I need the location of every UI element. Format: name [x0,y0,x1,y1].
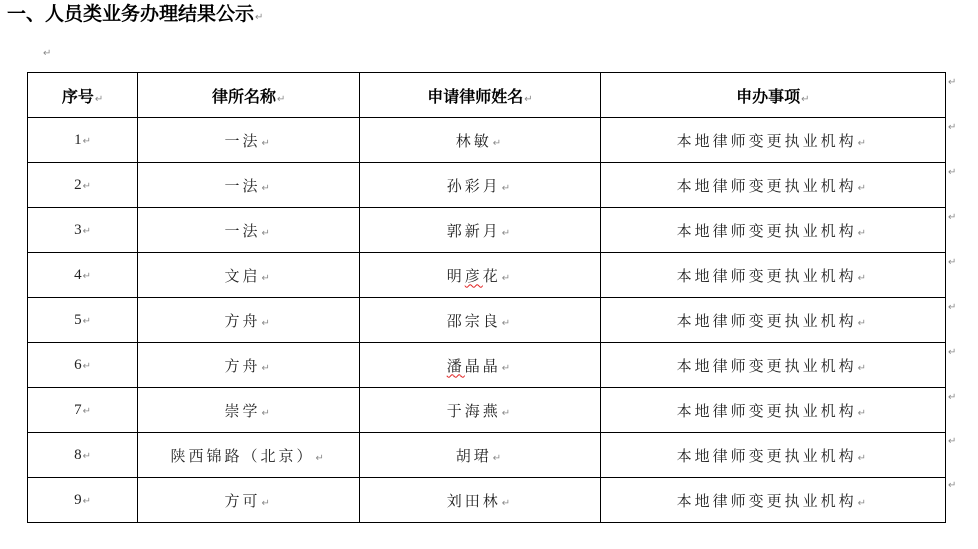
cell-mark-icon: ↵ [316,453,327,464]
cell-item[interactable]: 本地律师变更执业机构↵ [600,388,945,433]
cell-no-text: 1 [74,132,82,148]
cell-firm[interactable]: 一法↵ [138,208,360,253]
cell-lawyer[interactable]: 邵宗良↵ [360,298,600,343]
row-end-mark-icon: ↵ [948,303,956,313]
cell-lawyer-text: 邵宗良 [447,312,501,330]
cell-firm-text: 陕西锦路（北京） [171,447,315,465]
cell-no[interactable]: 7↵ [28,388,138,433]
cell-lawyer[interactable]: 郭新月↵ [360,208,600,253]
cell-mark-icon: ↵ [502,318,513,329]
cell-item[interactable]: 本地律师变更执业机构↵ [600,253,945,298]
cell-no-text: 6 [74,357,82,373]
cell-no[interactable]: 4↵ [28,253,138,298]
cell-firm-text: 崇学 [225,402,261,420]
cell-firm-text: 方舟 [225,357,261,375]
cell-mark-icon: ↵ [83,496,91,507]
cell-mark-icon: ↵ [502,498,513,509]
spellcheck-flagged-char[interactable]: 彦 [465,267,483,285]
cell-firm-text: 方舟 [225,312,261,330]
cell-no-text: 7 [74,402,82,418]
cell-no-text: 9 [74,492,82,508]
cell-firm[interactable]: 方可↵ [138,478,360,523]
cell-lawyer-text: 郭新月 [447,222,501,240]
header-firm-label: 律所名称 [212,87,276,106]
cell-item[interactable]: 本地律师变更执业机构↵ [600,118,945,163]
lawyer-name-part: 花 [483,267,501,285]
spellcheck-flagged-char[interactable]: 潘 [447,357,465,375]
cell-mark-icon: ↵ [858,183,869,194]
cell-no-text: 2 [74,177,82,193]
cell-firm-text: 方可 [225,492,261,510]
cell-lawyer-text: 潘晶晶 [447,357,501,375]
table-row: 8↵ 陕西锦路（北京）↵ 胡珺↵ 本地律师变更执业机构↵ [28,433,946,478]
row-end-mark-icon: ↵ [948,437,956,447]
cell-mark-icon: ↵ [858,273,869,284]
header-no[interactable]: 序号↵ [28,73,138,118]
cell-mark-icon: ↵ [262,318,273,329]
cell-item-text: 本地律师变更执业机构 [677,177,857,195]
cell-no-text: 3 [74,222,82,238]
cell-mark-icon: ↵ [502,183,513,194]
table-row: 4↵ 文启↵ 明彦花↵ 本地律师变更执业机构↵ [28,253,946,298]
cell-item[interactable]: 本地律师变更执业机构↵ [600,478,945,523]
cell-lawyer[interactable]: 林敏↵ [360,118,600,163]
cell-firm-text: 一法 [225,177,261,195]
cell-lawyer-text: 林敏 [456,132,492,150]
cell-no[interactable]: 8↵ [28,433,138,478]
header-item-label: 申办事项 [736,87,800,106]
paragraph-mark-icon: ↵ [255,12,263,23]
cell-mark-icon: ↵ [262,228,273,239]
table-row: 1↵ 一法↵ 林敏↵ 本地律师变更执业机构↵ [28,118,946,163]
header-lawyer-label: 申请律师姓名 [427,87,523,106]
row-end-mark-icon: ↵ [948,123,956,133]
section-heading-text: 一、人员类业务办理结果公示 [7,3,254,25]
cell-no-text: 8 [74,447,82,463]
cell-lawyer[interactable]: 刘田林↵ [360,478,600,523]
cell-mark-icon: ↵ [83,361,91,372]
cell-mark-icon: ↵ [83,316,91,327]
row-end-mark-icon: ↵ [948,348,956,358]
cell-item[interactable]: 本地律师变更执业机构↵ [600,163,945,208]
cell-firm[interactable]: 方舟↵ [138,298,360,343]
cell-lawyer[interactable]: 胡珺↵ [360,433,600,478]
cell-firm[interactable]: 陕西锦路（北京）↵ [138,433,360,478]
cell-mark-icon: ↵ [493,138,504,149]
cell-item[interactable]: 本地律师变更执业机构↵ [600,343,945,388]
cell-lawyer-text: 胡珺 [456,447,492,465]
cell-mark-icon: ↵ [858,138,869,149]
table-row: 3↵ 一法↵ 郭新月↵ 本地律师变更执业机构↵ [28,208,946,253]
cell-item-text: 本地律师变更执业机构 [677,222,857,240]
cell-lawyer[interactable]: 明彦花↵ [360,253,600,298]
cell-mark-icon: ↵ [858,498,869,509]
cell-item-text: 本地律师变更执业机构 [677,447,857,465]
cell-firm[interactable]: 崇学↵ [138,388,360,433]
cell-firm[interactable]: 一法↵ [138,163,360,208]
cell-item[interactable]: 本地律师变更执业机构↵ [600,208,945,253]
cell-firm-text: 一法 [225,132,261,150]
cell-item-text: 本地律师变更执业机构 [677,312,857,330]
cell-mark-icon: ↵ [858,318,869,329]
cell-no-text: 4 [74,267,82,283]
cell-item[interactable]: 本地律师变更执业机构↵ [600,298,945,343]
table-row: 6↵ 方舟↵ 潘晶晶↵ 本地律师变更执业机构↵ [28,343,946,388]
cell-item[interactable]: 本地律师变更执业机构↵ [600,433,945,478]
cell-mark-icon: ↵ [83,451,91,462]
lawyer-name-part: 晶晶 [465,357,501,375]
section-heading: 一、人员类业务办理结果公示↵ [7,1,263,31]
row-end-mark-icon: ↵ [948,168,956,178]
cell-mark-icon: ↵ [858,363,869,374]
cell-mark-icon: ↵ [83,181,91,192]
cell-mark-icon: ↵ [277,94,285,105]
cell-mark-icon: ↵ [858,228,869,239]
cell-no[interactable]: 3↵ [28,208,138,253]
cell-mark-icon: ↵ [502,363,513,374]
lawyer-name-part: 明 [447,267,465,285]
cell-firm-text: 一法 [225,222,261,240]
cell-mark-icon: ↵ [83,136,91,147]
cell-mark-icon: ↵ [502,228,513,239]
cell-item-text: 本地律师变更执业机构 [677,267,857,285]
cell-mark-icon: ↵ [262,273,273,284]
paragraph-mark-icon: ↵ [43,48,51,59]
cell-mark-icon: ↵ [83,271,91,282]
cell-mark-icon: ↵ [95,94,103,105]
header-lawyer[interactable]: 申请律师姓名↵ [360,73,600,118]
cell-firm[interactable]: 文启↵ [138,253,360,298]
cell-firm[interactable]: 一法↵ [138,118,360,163]
row-end-mark-icon: ↵ [948,258,956,268]
cell-no[interactable]: 5↵ [28,298,138,343]
cell-no[interactable]: 1↵ [28,118,138,163]
header-item[interactable]: 申办事项↵ [600,73,945,118]
row-end-mark-icon: ↵ [948,78,956,88]
cell-item-text: 本地律师变更执业机构 [677,492,857,510]
cell-mark-icon: ↵ [524,94,532,105]
table-row: 5↵ 方舟↵ 邵宗良↵ 本地律师变更执业机构↵ [28,298,946,343]
cell-mark-icon: ↵ [262,138,273,149]
row-end-mark-icon: ↵ [948,481,956,491]
header-no-label: 序号 [62,87,94,106]
table-row: 7↵ 崇学↵ 于海燕↵ 本地律师变更执业机构↵ [28,388,946,433]
cell-lawyer-text: 刘田林 [447,492,501,510]
empty-paragraph: ↵ [42,44,51,61]
cell-lawyer-text: 孙彩月 [447,177,501,195]
cell-mark-icon: ↵ [83,406,91,417]
cell-no[interactable]: 9↵ [28,478,138,523]
cell-lawyer[interactable]: 潘晶晶↵ [360,343,600,388]
header-firm[interactable]: 律所名称↵ [138,73,360,118]
cell-mark-icon: ↵ [493,453,504,464]
cell-mark-icon: ↵ [262,498,273,509]
cell-lawyer-text: 于海燕 [447,402,501,420]
results-table: 序号↵ 律所名称↵ 申请律师姓名↵ 申办事项↵ 1↵ 一法↵ 林敏↵ 本地律师变… [27,72,946,523]
cell-mark-icon: ↵ [262,363,273,374]
cell-mark-icon: ↵ [262,183,273,194]
cell-lawyer-text: 明彦花 [447,267,501,285]
cell-mark-icon: ↵ [262,408,273,419]
row-end-mark-icon: ↵ [948,213,956,223]
cell-mark-icon: ↵ [83,226,91,237]
cell-mark-icon: ↵ [502,408,513,419]
cell-mark-icon: ↵ [801,94,809,105]
cell-firm[interactable]: 方舟↵ [138,343,360,388]
row-end-mark-icon: ↵ [948,393,956,403]
cell-no[interactable]: 2↵ [28,163,138,208]
table-row: 9↵ 方可↵ 刘田林↵ 本地律师变更执业机构↵ [28,478,946,523]
cell-mark-icon: ↵ [858,453,869,464]
table-header-row: 序号↵ 律所名称↵ 申请律师姓名↵ 申办事项↵ [28,73,946,118]
cell-no-text: 5 [74,312,82,328]
cell-item-text: 本地律师变更执业机构 [677,132,857,150]
cell-mark-icon: ↵ [858,408,869,419]
cell-lawyer[interactable]: 孙彩月↵ [360,163,600,208]
cell-lawyer[interactable]: 于海燕↵ [360,388,600,433]
cell-mark-icon: ↵ [502,273,513,284]
cell-item-text: 本地律师变更执业机构 [677,357,857,375]
cell-no[interactable]: 6↵ [28,343,138,388]
cell-firm-text: 文启 [225,267,261,285]
cell-item-text: 本地律师变更执业机构 [677,402,857,420]
table-row: 2↵ 一法↵ 孙彩月↵ 本地律师变更执业机构↵ [28,163,946,208]
